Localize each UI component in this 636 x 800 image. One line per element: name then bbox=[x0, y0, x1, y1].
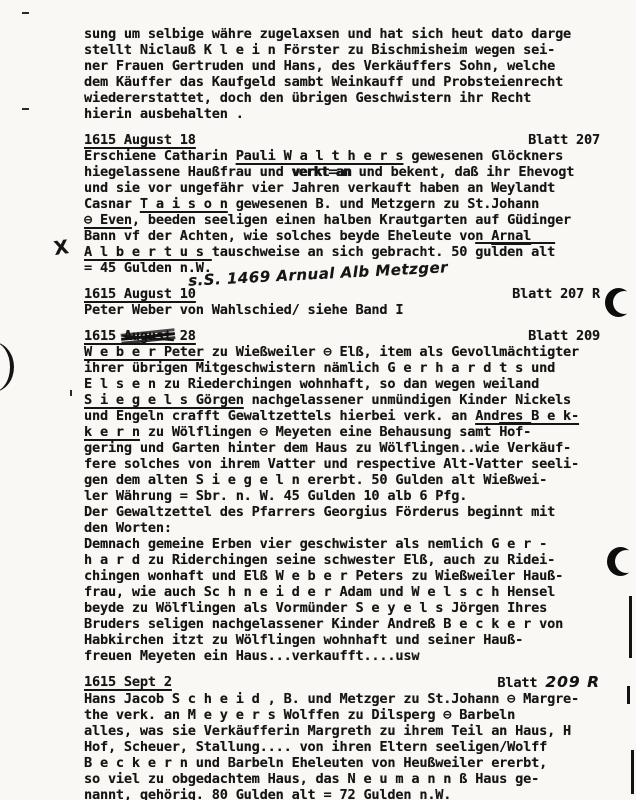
text-line: Demnach gemeine Erben vier geschwister a… bbox=[84, 536, 602, 552]
text-line: nannt, gehörig. 80 Gulden alt = 72 Gulde… bbox=[84, 787, 602, 800]
entry-blatt-number: Blatt 207 bbox=[528, 132, 600, 148]
binder-crescent-mark bbox=[605, 288, 632, 317]
text-line: Hans Jacob S c h e i d , B. und Metzger … bbox=[84, 691, 602, 707]
text-segment: Blatt 207 bbox=[528, 132, 600, 148]
text-segment: Habkirchen itzt zu Wölflingen wohnhaft u… bbox=[84, 632, 523, 648]
text-segment: hiegelassene Haußfrau und bbox=[84, 164, 292, 180]
text-line: und Engeln crafft Gewaltzettels hierbei … bbox=[84, 408, 602, 424]
text-segment: ler Währung = Sbr. n. W. 45 Gulden 10 al… bbox=[84, 488, 467, 504]
text-segment: den Worten: bbox=[84, 520, 172, 536]
text-line: Habkirchen itzt zu Wölflingen wohnhaft u… bbox=[84, 632, 602, 648]
text-segment: ner Frauen Gertruden und Hans, des Verkä… bbox=[84, 58, 555, 74]
right-edge-ink-bar bbox=[629, 596, 632, 658]
entry-date: 1615 Sept 2 bbox=[84, 674, 172, 691]
text-segment: nachgelassener unmündigen Kinder Nickels bbox=[244, 392, 571, 408]
register-entry: 1615 August 10Blatt 207 RPeter Weber von… bbox=[84, 286, 602, 318]
text-line: dem Käuffer das Kaufgeld sambt Weinkauff… bbox=[84, 74, 602, 90]
text-segment: 1615 Sept 2 bbox=[84, 674, 172, 690]
text-line: den Worten: bbox=[84, 520, 602, 536]
text-segment: A l b e r t u s bbox=[84, 244, 212, 260]
text-segment: Hof- bbox=[499, 424, 531, 440]
text-segment: h a r d zu Riderchingen seine schwester … bbox=[84, 552, 555, 568]
text-segment: Andres B e k- bbox=[475, 408, 579, 424]
text-segment: so viel zu obgedachtem Haus, das N e u m… bbox=[84, 771, 539, 787]
text-segment: ihrer übrigen Mitgeschwistern nämlich G … bbox=[84, 360, 555, 376]
text-segment: Pauli W a l t h e r s bbox=[236, 148, 404, 164]
text-line: Hof, Scheuer, Stallung.... von ihren Elt… bbox=[84, 739, 602, 755]
text-line: E l s e n zu Riederchingen wohnhaft, so … bbox=[84, 376, 602, 392]
text-line: gering und Garten hinter dem Haus zu Wöl… bbox=[84, 440, 602, 456]
text-line: so viel zu obgedachtem Haus, das N e u m… bbox=[84, 771, 602, 787]
text-segment: Peter Weber von Wahlschied/ siehe Band I bbox=[84, 302, 403, 318]
text-line: W e b e r Peter zu Wießweiler ⊖ Elß, ite… bbox=[84, 344, 602, 360]
text-segment: S i e g e l s Görgen bbox=[84, 392, 244, 408]
text-segment: , beeden seeligen einen halben Krautgart… bbox=[132, 212, 571, 228]
text-segment: T a i s o n bbox=[140, 196, 228, 212]
register-entry: 1615 August 18Blatt 207Erschiene Cathari… bbox=[84, 132, 602, 276]
text-segment: E l s e n zu Riederchingen wohnhaft, so … bbox=[84, 376, 539, 392]
text-segment: 1615 bbox=[84, 328, 124, 344]
text-segment: alles, was sie Verkäufferin Margreth zu … bbox=[84, 723, 571, 739]
text-line: Peter Weber von Wahlschied/ siehe Band I bbox=[84, 302, 602, 318]
text-line: Bruders seligen nachgelassener Kinder An… bbox=[84, 616, 602, 632]
entry-heading: 1615 August 28Blatt 209 bbox=[84, 328, 602, 344]
text-line: und sie vor ungefähr vier Jahren verkauf… bbox=[84, 180, 602, 196]
entry-blatt-number: Blatt 209 bbox=[528, 328, 600, 344]
text-line: ler Währung = Sbr. n. W. 45 Gulden 10 al… bbox=[84, 488, 602, 504]
text-segment: gewesenen B. und Metzgern zu St.Johann bbox=[228, 196, 539, 212]
text-segment: ⊖ Even bbox=[84, 212, 132, 228]
text-segment: Blatt bbox=[497, 675, 545, 691]
text-segment: W e b e r Peter bbox=[84, 344, 204, 360]
entry-date: 1615 August 10 bbox=[84, 286, 196, 302]
text-segment: gulden alt bbox=[475, 244, 555, 260]
text-segment: B e c k e r n und Barbeln Eheleuten von … bbox=[84, 755, 547, 771]
text-segment: Hof, Scheuer, Stallung.... von ihren Elt… bbox=[84, 739, 547, 755]
text-segment: Demnach gemeine Erben vier geschwister a… bbox=[84, 536, 547, 552]
text-segment: nannt, gehörig. 80 Gulden alt = 72 Gulde… bbox=[84, 787, 451, 800]
text-segment: freuen Meyeten ein Haus...verkaufft....u… bbox=[84, 648, 419, 664]
text-segment: sung um selbige währe zugelaxsen und hat… bbox=[84, 26, 571, 42]
text-line: B e c k e r n und Barbeln Eheleuten von … bbox=[84, 755, 602, 771]
entry-blatt-number: Blatt 209 R bbox=[497, 674, 600, 691]
text-segment: verkt=an bbox=[292, 164, 351, 180]
ink-speck bbox=[70, 390, 72, 396]
text-segment: gewesenen Glöckners bbox=[403, 148, 563, 164]
text-line: alles, was sie Verkäufferin Margreth zu … bbox=[84, 723, 602, 739]
text-segment: Bann vf der Achten, wie solches beyde Eh… bbox=[84, 228, 491, 244]
register-entry: 1615 Sept 2Blatt 209 RHans Jacob S c h e… bbox=[84, 674, 602, 800]
text-line: wiedererstattet, doch den übrigen Geschw… bbox=[84, 90, 602, 106]
text-line: fere solches von ihrem Vatter und respec… bbox=[84, 456, 602, 472]
right-edge-ink-bar bbox=[627, 686, 630, 704]
text-segment: dem Käuffer das Kaufgeld sambt Weinkauff… bbox=[84, 74, 563, 90]
text-line: S i e g e l s Görgen nachgelassener unmü… bbox=[84, 392, 602, 408]
binder-crescent-mark bbox=[607, 547, 634, 576]
text-segment: und Engeln crafft Gewaltzettels hierbei … bbox=[84, 408, 475, 424]
text-segment: hierin ausbehalten . bbox=[84, 106, 244, 122]
text-segment: Erschiene Catharin bbox=[84, 148, 236, 164]
text-line: Bann vf der Achten, wie solches beyde Eh… bbox=[84, 228, 602, 244]
text-line: ner Frauen Gertruden und Hans, des Verkä… bbox=[84, 58, 602, 74]
text-line: A l b e r t u s tauschweise an sich gebr… bbox=[84, 244, 602, 260]
text-segment: stellt Niclauß K l e i n Förster zu Bisc… bbox=[84, 42, 555, 58]
paragraph: sung um selbige währe zugelaxsen und hat… bbox=[84, 26, 602, 122]
handwritten-x-mark: X bbox=[53, 239, 70, 257]
text-line: h a r d zu Riderchingen seine schwester … bbox=[84, 552, 602, 568]
text-line: hierin ausbehalten . bbox=[84, 106, 602, 122]
text-line: frau, wie auch Sc h n e i d e r Adam und… bbox=[84, 584, 602, 600]
text-segment: zu Wölflingen ⊖ Meyeten eine Behausung s… bbox=[140, 424, 499, 440]
text-segment: Der Gewaltzettel des Pfarrers Georgius F… bbox=[84, 504, 555, 520]
text-segment: Bruders seligen nachgelassener Kinder An… bbox=[84, 616, 563, 632]
entry-date: 1615 August 18 bbox=[84, 132, 196, 148]
text-segment: Arnal bbox=[491, 228, 531, 244]
document-body: sung um selbige währe zugelaxsen und hat… bbox=[0, 0, 636, 800]
text-line: gen dem alten S i e g e l n ererbt. 50 G… bbox=[84, 472, 602, 488]
ink-speck bbox=[22, 108, 29, 110]
entry-blatt-number: Blatt 207 R bbox=[512, 286, 600, 302]
text-line: sung um selbige währe zugelaxsen und hat… bbox=[84, 26, 602, 42]
text-segment: Blatt 207 R bbox=[512, 286, 600, 302]
text-segment: 1615 August 10 bbox=[84, 286, 196, 302]
text-segment: tauschweise an sich gebracht. 50 bbox=[212, 244, 475, 260]
text-line: ihrer übrigen Mitgeschwistern nämlich G … bbox=[84, 360, 602, 376]
right-edge-ink-bar bbox=[631, 750, 634, 794]
text-segment: August bbox=[124, 328, 172, 344]
entry-date: 1615 August 28 bbox=[84, 328, 196, 344]
text-line: hiegelassene Haußfrau und verkt=an und b… bbox=[84, 164, 602, 180]
text-segment: chingen wonhaft und Elß W e b e r Peters… bbox=[84, 568, 563, 584]
text-line: stellt Niclauß K l e i n Förster zu Bisc… bbox=[84, 42, 602, 58]
text-line: the verk. an M e y e r s Wolffen zu Dils… bbox=[84, 707, 602, 723]
text-segment: Blatt 209 bbox=[528, 328, 600, 344]
text-segment: Casnar bbox=[84, 196, 140, 212]
text-line: Erschiene Catharin Pauli W a l t h e r s… bbox=[84, 148, 602, 164]
scanned-document-page: sung um selbige währe zugelaxsen und hat… bbox=[0, 0, 636, 800]
ink-speck bbox=[22, 12, 29, 14]
text-segment: Hans Jacob S c h e i d , B. und Metzger … bbox=[84, 691, 579, 707]
text-segment: the verk. an M e y e r s Wolffen zu Dils… bbox=[84, 707, 515, 723]
text-line: Casnar T a i s o n gewesenen B. und Metz… bbox=[84, 196, 602, 212]
text-segment: gen dem alten S i e g e l n ererbt. 50 G… bbox=[84, 472, 547, 488]
text-segment: gering und Garten hinter dem Haus zu Wöl… bbox=[84, 440, 571, 456]
text-line: k e r n zu Wölflingen ⊖ Meyeten eine Beh… bbox=[84, 424, 602, 440]
text-segment: k e r n bbox=[84, 424, 140, 440]
text-segment: und bekent, daß ihr Ehevogt bbox=[351, 164, 575, 180]
text-segment: und sie vor ungefähr vier Jahren verkauf… bbox=[84, 180, 555, 196]
entry-heading: 1615 August 18Blatt 207 bbox=[84, 132, 602, 148]
text-line: beyde zu Wölflingen als Vormünder S e y … bbox=[84, 600, 602, 616]
entry-heading: 1615 August 10Blatt 207 R bbox=[84, 286, 602, 302]
text-line: chingen wonhaft und Elß W e b e r Peters… bbox=[84, 568, 602, 584]
text-segment: frau, wie auch Sc h n e i d e r Adam und… bbox=[84, 584, 555, 600]
text-segment: 28 bbox=[172, 328, 196, 344]
text-segment: 1615 August 18 bbox=[84, 132, 196, 148]
text-segment: zu Wießweiler ⊖ Elß, item als Gevollmäch… bbox=[204, 344, 579, 360]
entry-heading: 1615 Sept 2Blatt 209 R bbox=[84, 674, 602, 691]
text-segment: 209 R bbox=[545, 673, 600, 691]
text-segment: beyde zu Wölflingen als Vormünder S e y … bbox=[84, 600, 547, 616]
text-segment: fere solches von ihrem Vatter und respec… bbox=[84, 456, 579, 472]
register-entry: 1615 August 28Blatt 209W e b e r Peter z… bbox=[84, 328, 602, 664]
text-line: Der Gewaltzettel des Pfarrers Georgius F… bbox=[84, 504, 602, 520]
text-segment: wiedererstattet, doch den übrigen Geschw… bbox=[84, 90, 531, 106]
text-line: ⊖ Even, beeden seeligen einen halben Kra… bbox=[84, 212, 602, 228]
text-line: freuen Meyeten ein Haus...verkaufft....u… bbox=[84, 648, 602, 664]
